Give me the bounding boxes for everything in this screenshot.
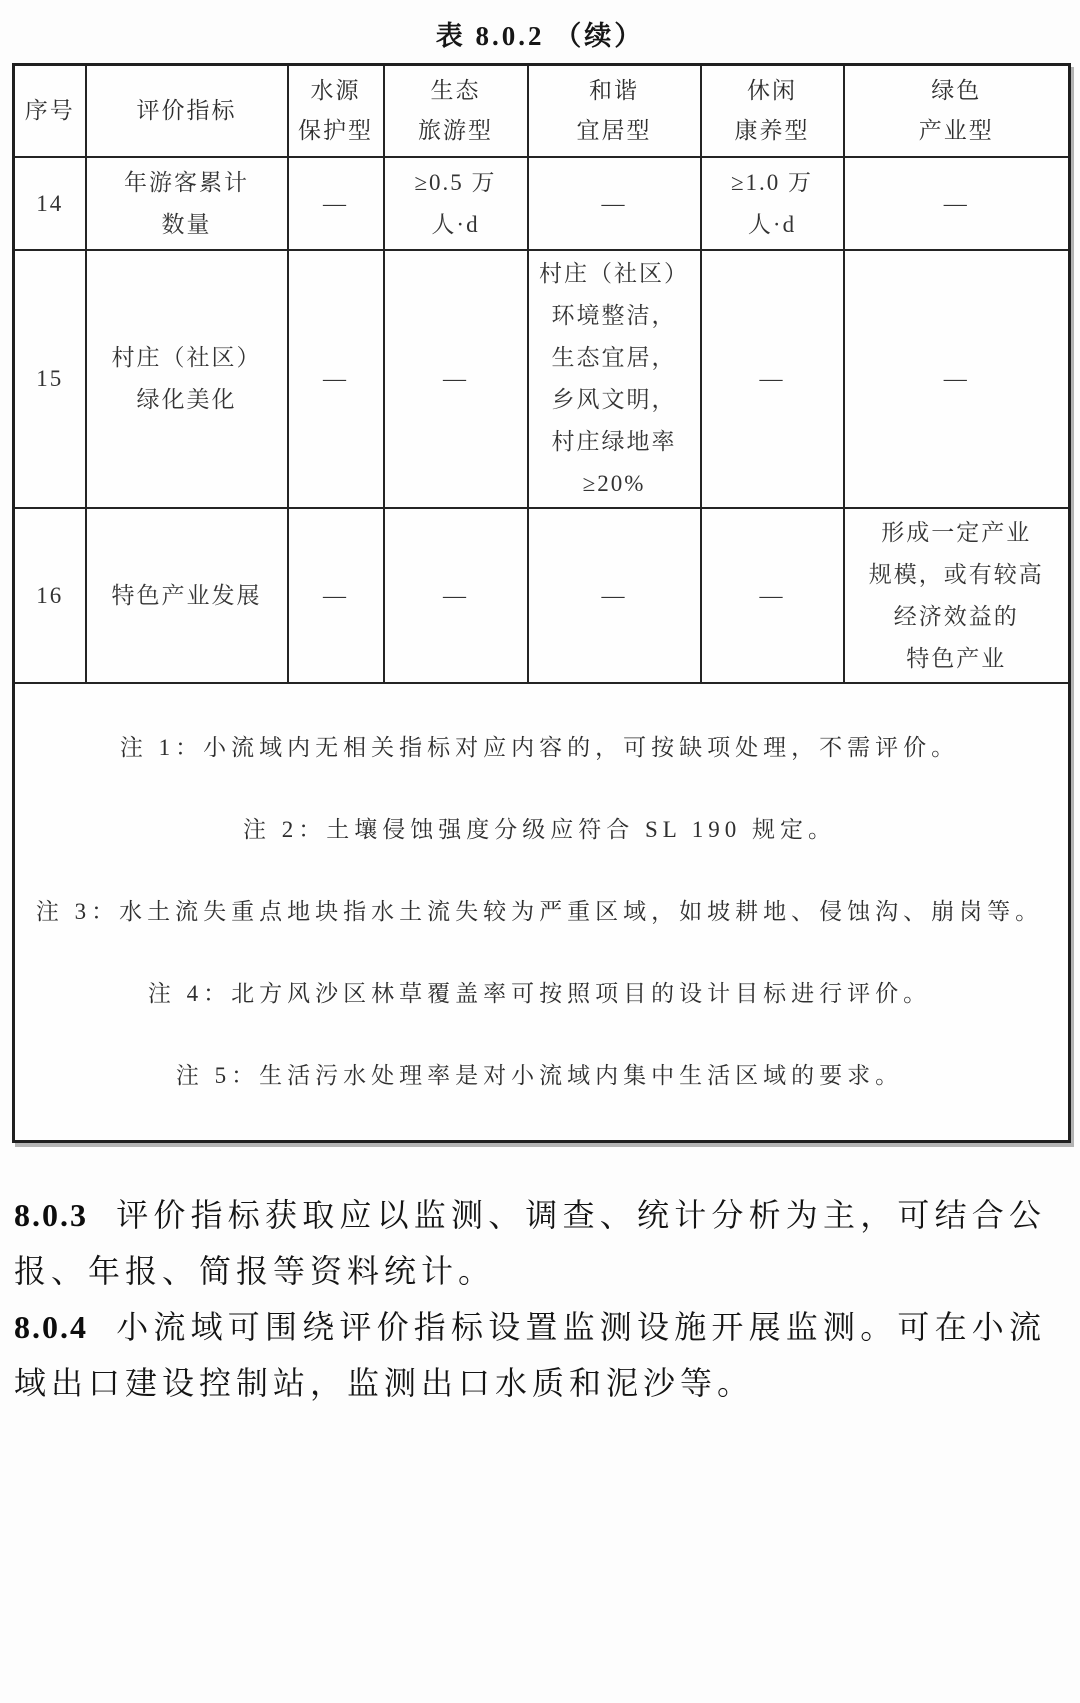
header-leisure-wellness: 休闲 康养型 — [701, 65, 844, 158]
note-item: 注 1：小流域内无相关指标对应内容的，可按缺项处理，不需评价。 — [19, 728, 1060, 768]
table-row-16: 16 特色产业发展 — — — — 形成一定产业 规模，或有较高 经济效益的 特… — [14, 508, 1070, 683]
cell-value: — — [288, 250, 384, 508]
cell-value: — — [701, 508, 844, 683]
cell-value: ≥1.0 万 人·d — [701, 157, 844, 250]
document-page: 表 8.0.2 （续） 序号 评价指标 水源 保护型 生态 旅游型 和谐 宜居型… — [0, 0, 1080, 1703]
header-harmonious-livable: 和谐 宜居型 — [528, 65, 701, 158]
cell-serial: 16 — [14, 508, 86, 683]
cell-value: — — [384, 508, 528, 683]
cell-serial: 14 — [14, 157, 86, 250]
cell-value: — — [844, 250, 1070, 508]
clause-text: 小流域可围绕评价指标设置监测设施开展监测。可在小流域出口建设控制站，监测出口水质… — [14, 1309, 1046, 1401]
cell-value: — — [528, 508, 701, 683]
clause-8-0-4: 8.0.4小流域可围绕评价指标设置监测设施开展监测。可在小流域出口建设控制站，监… — [0, 1299, 1080, 1411]
header-water-source-protection: 水源 保护型 — [288, 65, 384, 158]
cell-value: ≥0.5 万 人·d — [384, 157, 528, 250]
cell-indicator: 村庄（社区） 绿化美化 — [86, 250, 288, 508]
cell-value: — — [528, 157, 701, 250]
header-eco-tourism: 生态 旅游型 — [384, 65, 528, 158]
table-row-15: 15 村庄（社区） 绿化美化 — — 村庄（社区） 环境整洁， 生态宜居， 乡风… — [14, 250, 1070, 508]
cell-value: — — [701, 250, 844, 508]
cell-value: — — [288, 508, 384, 683]
clause-number: 8.0.3 — [14, 1197, 88, 1233]
table-caption: 表 8.0.2 （续） — [0, 0, 1080, 53]
cell-value: — — [288, 157, 384, 250]
cell-value: 形成一定产业 规模，或有较高 经济效益的 特色产业 — [844, 508, 1070, 683]
header-green-industry: 绿色 产业型 — [844, 65, 1070, 158]
table-header-row: 序号 评价指标 水源 保护型 生态 旅游型 和谐 宜居型 休闲 康养型 绿色 产… — [14, 65, 1070, 158]
cell-value: — — [844, 157, 1070, 250]
evaluation-indicator-table: 序号 评价指标 水源 保护型 生态 旅游型 和谐 宜居型 休闲 康养型 绿色 产… — [12, 63, 1071, 1143]
table-row-14: 14 年游客累计 数量 — ≥0.5 万 人·d — ≥1.0 万 人·d — — [14, 157, 1070, 250]
header-evaluation-indicator: 评价指标 — [86, 65, 288, 158]
cell-value: 村庄（社区） 环境整洁， 生态宜居， 乡风文明， 村庄绿地率 ≥20% — [528, 250, 701, 508]
cell-serial: 15 — [14, 250, 86, 508]
cell-indicator: 特色产业发展 — [86, 508, 288, 683]
clauses-section: 8.0.3评价指标获取应以监测、调查、统计分析为主，可结合公报、年报、简报等资料… — [0, 1187, 1080, 1411]
note-item: 注 3：水土流失重点地块指水土流失较为严重区域，如坡耕地、侵蚀沟、崩岗等。 — [19, 892, 1060, 932]
cell-indicator: 年游客累计 数量 — [86, 157, 288, 250]
note-item: 注 2：土壤侵蚀强度分级应符合 SL 190 规定。 — [19, 810, 1060, 850]
table-notes-row: 注 1：小流域内无相关指标对应内容的，可按缺项处理，不需评价。 注 2：土壤侵蚀… — [14, 683, 1070, 1142]
clause-text: 评价指标获取应以监测、调查、统计分析为主，可结合公报、年报、简报等资料统计。 — [14, 1197, 1046, 1289]
note-item: 注 4：北方风沙区林草覆盖率可按照项目的设计目标进行评价。 — [19, 974, 1060, 1014]
cell-value: — — [384, 250, 528, 508]
table-notes: 注 1：小流域内无相关指标对应内容的，可按缺项处理，不需评价。 注 2：土壤侵蚀… — [14, 683, 1070, 1142]
header-serial-number: 序号 — [14, 65, 86, 158]
clause-8-0-3: 8.0.3评价指标获取应以监测、调查、统计分析为主，可结合公报、年报、简报等资料… — [0, 1187, 1080, 1299]
clause-number: 8.0.4 — [14, 1309, 88, 1345]
note-item: 注 5：生活污水处理率是对小流域内集中生活区域的要求。 — [19, 1056, 1060, 1096]
